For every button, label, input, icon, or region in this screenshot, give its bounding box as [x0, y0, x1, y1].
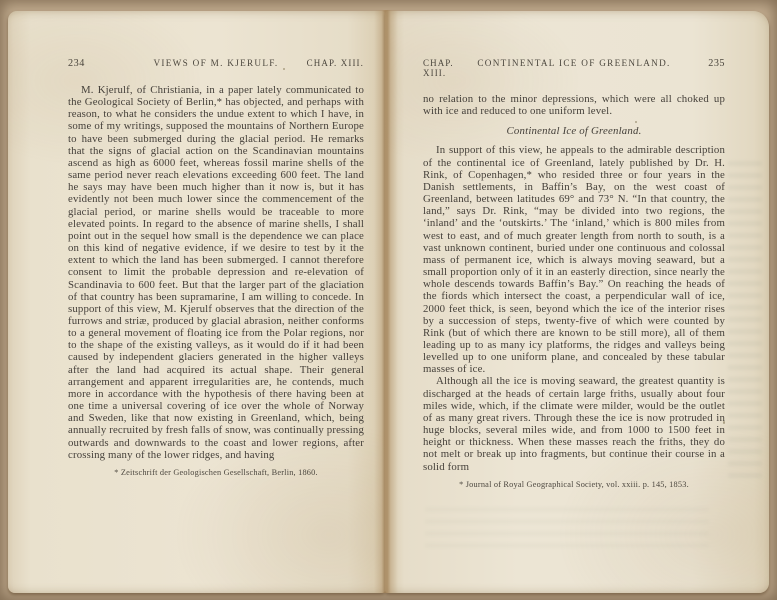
right-page: CHAP. XIII. CONTINENTAL ICE OF GREENLAND… — [385, 11, 769, 593]
paragraph: M. Kjerulf, of Christiania, in a paper l… — [68, 84, 364, 461]
book-spread: 234 VIEWS OF M. KJERULF. CHAP. XIII. M. … — [0, 0, 777, 600]
left-page-number: 234 — [68, 58, 153, 69]
right-page-body: no relation to the minor depressions, wh… — [423, 93, 725, 473]
paragraph: Although all the ice is moving seaward, … — [423, 375, 725, 472]
left-chapter-label: CHAP. XIII. — [279, 58, 364, 68]
section-heading: Continental Ice of Greenland. — [423, 125, 725, 137]
left-page: 234 VIEWS OF M. KJERULF. CHAP. XIII. M. … — [8, 11, 385, 593]
paragraph-continuation: no relation to the minor depressions, wh… — [423, 93, 725, 117]
left-page-body: M. Kjerulf, of Christiania, in a paper l… — [68, 84, 364, 461]
right-footnote: * Journal of Royal Geographical Society,… — [423, 480, 725, 489]
left-page-header: 234 VIEWS OF M. KJERULF. CHAP. XIII. — [68, 58, 364, 69]
right-chapter-label: CHAP. XIII. — [423, 58, 477, 78]
right-running-title: CONTINENTAL ICE OF GREENLAND. — [477, 58, 670, 68]
left-footnote: * Zeitschrift der Geologischen Gesellsch… — [68, 468, 364, 477]
right-page-header: CHAP. XIII. CONTINENTAL ICE OF GREENLAND… — [423, 58, 725, 78]
right-page-number: 235 — [671, 58, 725, 69]
paragraph: In support of this view, he appeals to t… — [423, 144, 725, 375]
left-running-title: VIEWS OF M. KJERULF. — [153, 58, 278, 68]
